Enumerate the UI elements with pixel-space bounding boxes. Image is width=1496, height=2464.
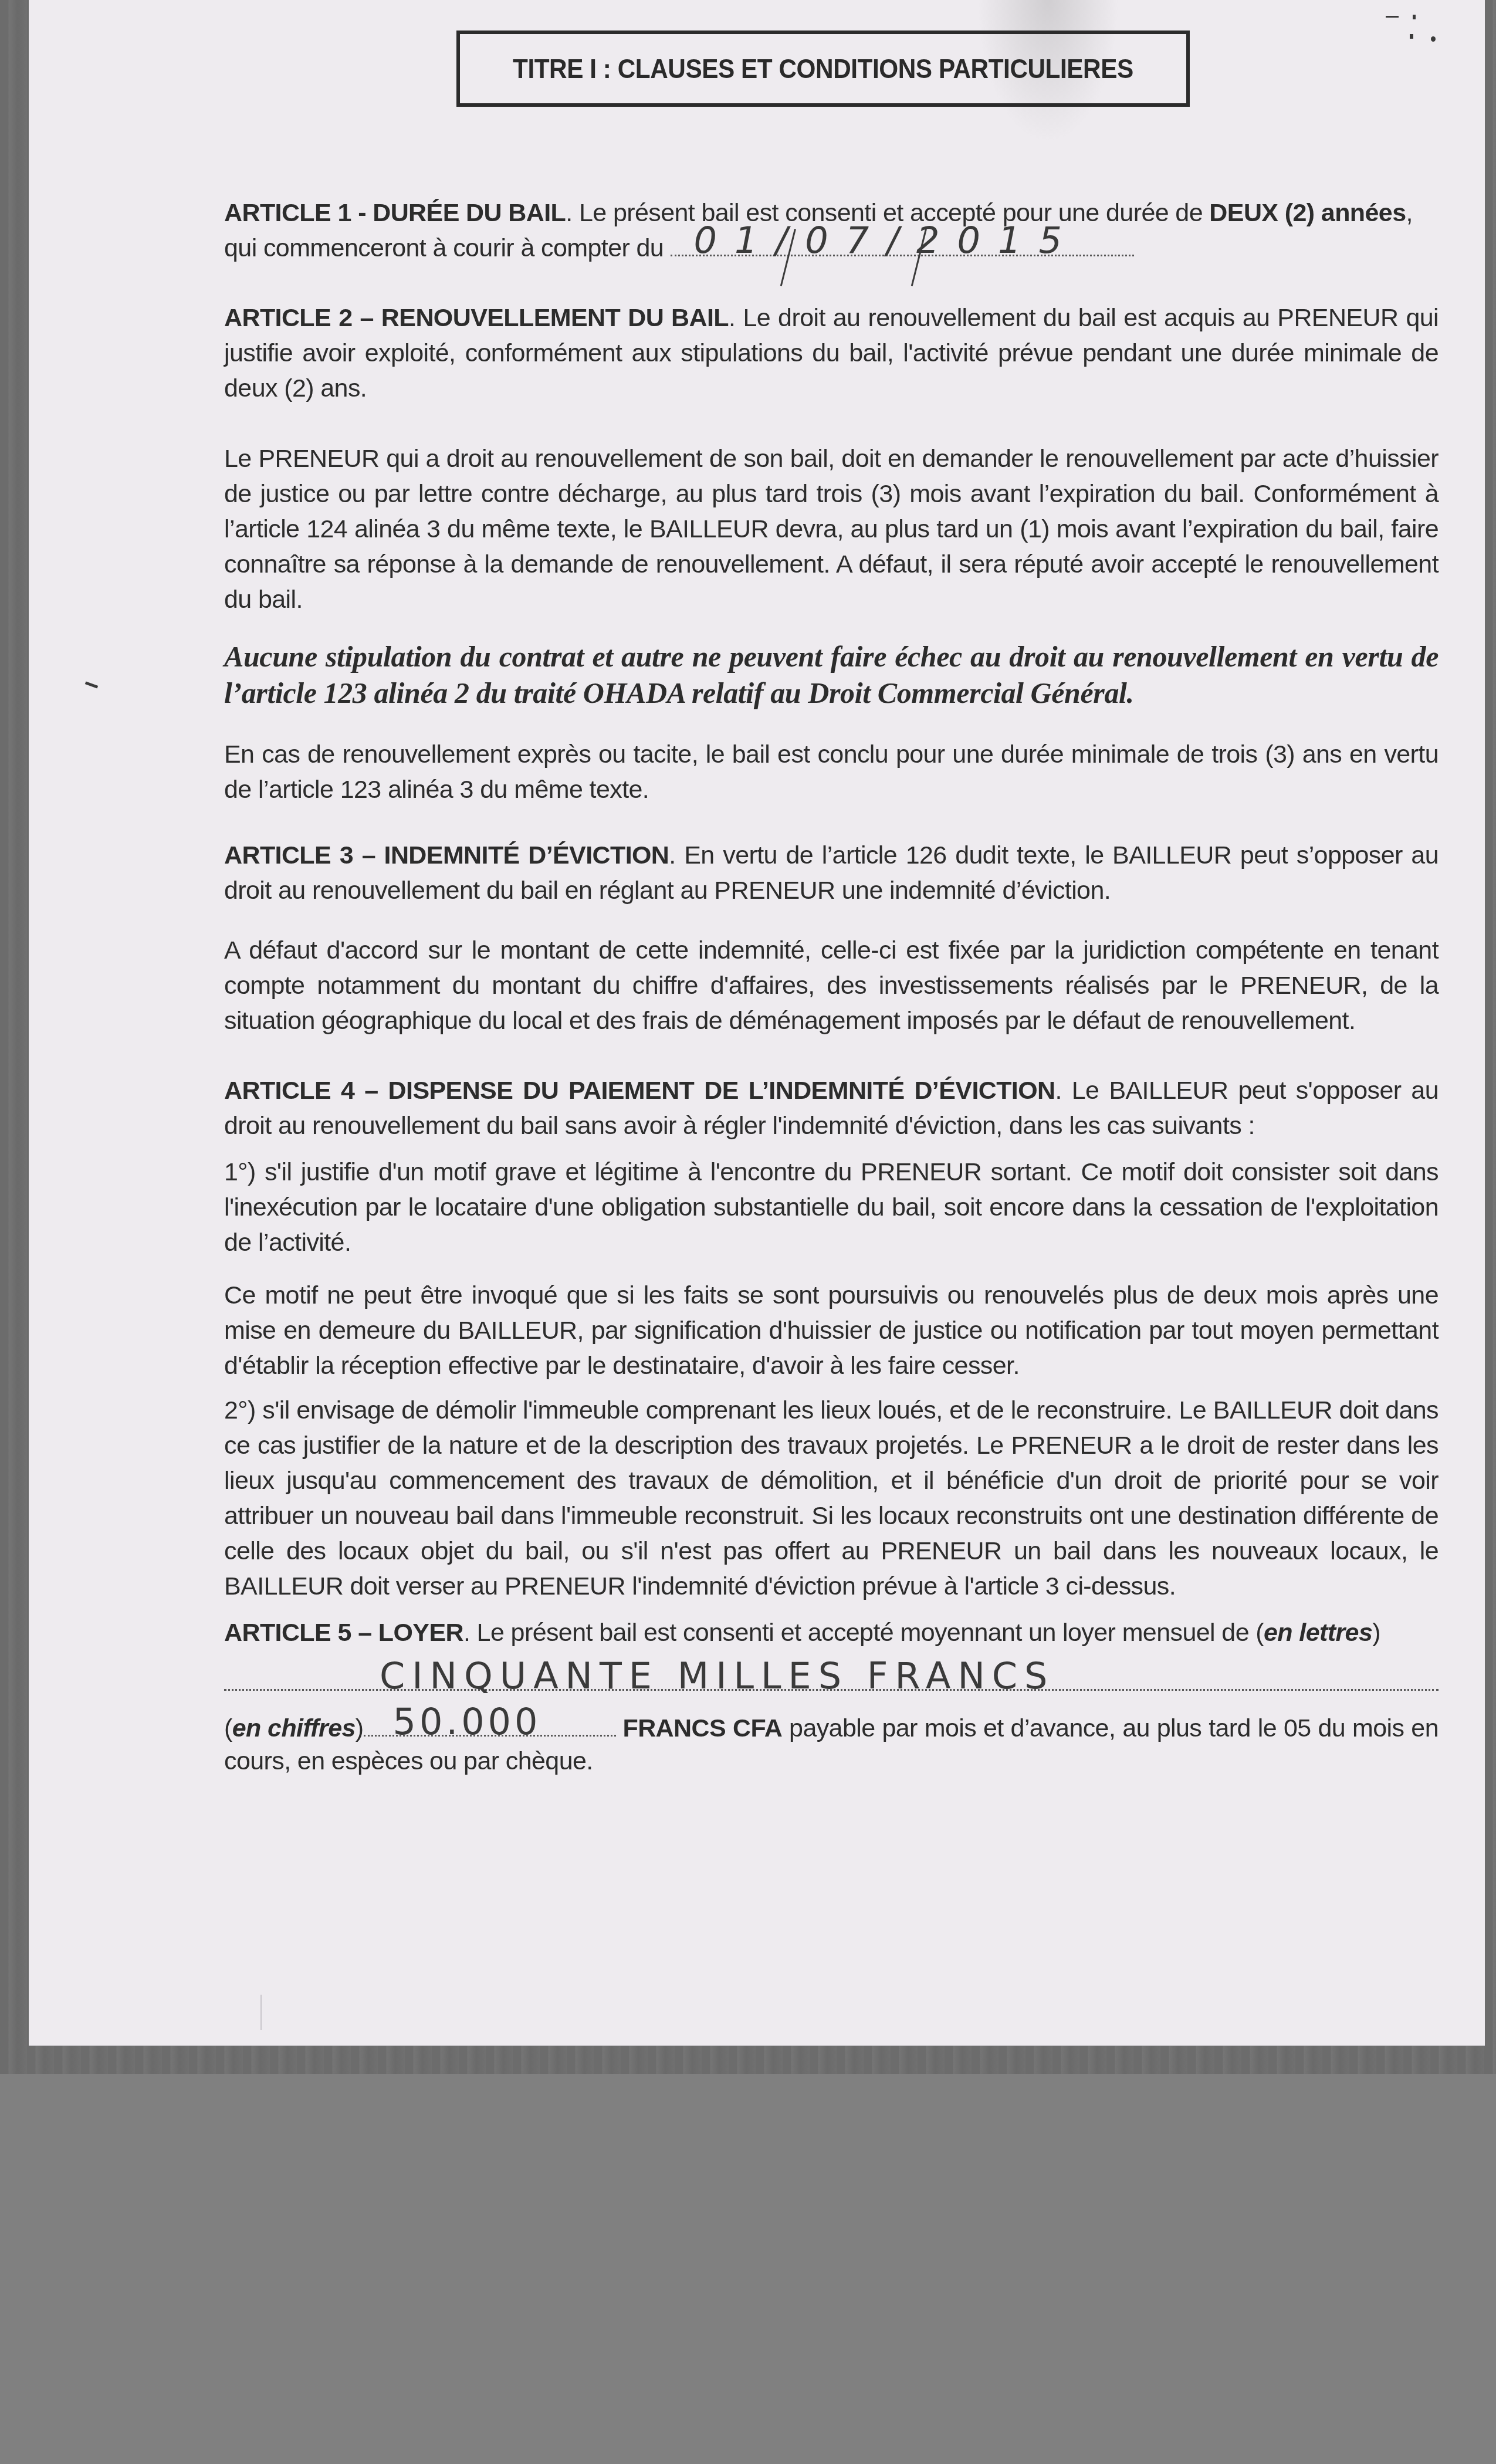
en-lettres-label: en lettres [1264, 1619, 1372, 1647]
article-4-heading: ARTICLE 4 – DISPENSE DU PAIEMENT DE L’IN… [224, 1077, 1055, 1105]
article-2-emphasis: Aucune stipulation du contrat et autre n… [224, 638, 1439, 711]
article-1-line2: qui commenceront à courir à compter du [224, 234, 671, 262]
article-4-p3: Ce motif ne peut être invoqué que si les… [224, 1278, 1439, 1383]
article-1-duration: DEUX (2) années [1209, 199, 1406, 227]
article-2-p2: Le PRENEUR qui a droit au renouvellement… [224, 441, 1439, 617]
paren-close: ) [1372, 1619, 1380, 1647]
article-5-heading: ARTICLE 5 – LOYER [224, 1619, 463, 1647]
article-3-p2: A défaut d'accord sur le montant de cett… [224, 933, 1439, 1038]
article-3-p1: ARTICLE 3 – INDEMNITÉ D’ÉVICTION. En ver… [224, 838, 1439, 908]
article-2-heading: ARTICLE 2 – RENOUVELLEMENT DU BAIL [224, 304, 729, 332]
article-1: ARTICLE 1 - DURÉE DU BAIL. Le présent ba… [224, 195, 1439, 266]
en-chiffres-label: en chiffres [232, 1714, 356, 1742]
title-box: TITRE I : CLAUSES ET CONDITIONS PARTICUL… [456, 31, 1190, 107]
article-1-punct: , [1406, 199, 1412, 227]
document-title: TITRE I : CLAUSES ET CONDITIONS PARTICUL… [513, 53, 1133, 84]
scan-artifact-mark [85, 681, 98, 688]
scan-artifact-dot [1431, 36, 1436, 42]
article-2-p4: En cas de renouvellement exprès ou tacit… [224, 737, 1439, 807]
amount-figures-handwritten: 50.000 [393, 1705, 645, 1738]
start-date-handwritten: 01/07/2015 [694, 223, 1157, 258]
scan-artifact-dash [1386, 16, 1399, 18]
currency-label: FRANCS CFA [622, 1714, 782, 1742]
amount-figures-field[interactable]: 50.000 [364, 1711, 616, 1737]
scan-artifact-line [260, 1995, 262, 2030]
scanned-page: TITRE I : CLAUSES ET CONDITIONS PARTICUL… [29, 0, 1485, 2045]
article-5: ARTICLE 5 – LOYER. Le présent bail est c… [224, 1616, 1439, 1778]
amount-words-field[interactable]: CINQUANTE MILLES FRANCS [224, 1661, 1439, 1691]
article-4-case-2: 2°) s'il envisage de démolir l'immeuble … [224, 1393, 1439, 1604]
amount-words-handwritten: CINQUANTE MILLES FRANCS [380, 1660, 1496, 1693]
scan-artifact-dot [1413, 15, 1416, 19]
start-date-field[interactable]: 01/07/2015 [671, 231, 1134, 256]
article-5-text: . Le présent bail est consenti et accept… [463, 1619, 1264, 1647]
article-1-heading: ARTICLE 1 - DURÉE DU BAIL [224, 199, 566, 227]
article-4-p1: ARTICLE 4 – DISPENSE DU PAIEMENT DE L’IN… [224, 1073, 1439, 1143]
article-4-case-1: 1°) s'il justifie d'un motif grave et lé… [224, 1155, 1439, 1260]
article-3-heading: ARTICLE 3 – INDEMNITÉ D’ÉVICTION [224, 841, 669, 869]
scan-artifact-dot [1410, 34, 1413, 39]
article-2-p1: ARTICLE 2 – RENOUVELLEMENT DU BAIL. Le d… [224, 300, 1439, 406]
